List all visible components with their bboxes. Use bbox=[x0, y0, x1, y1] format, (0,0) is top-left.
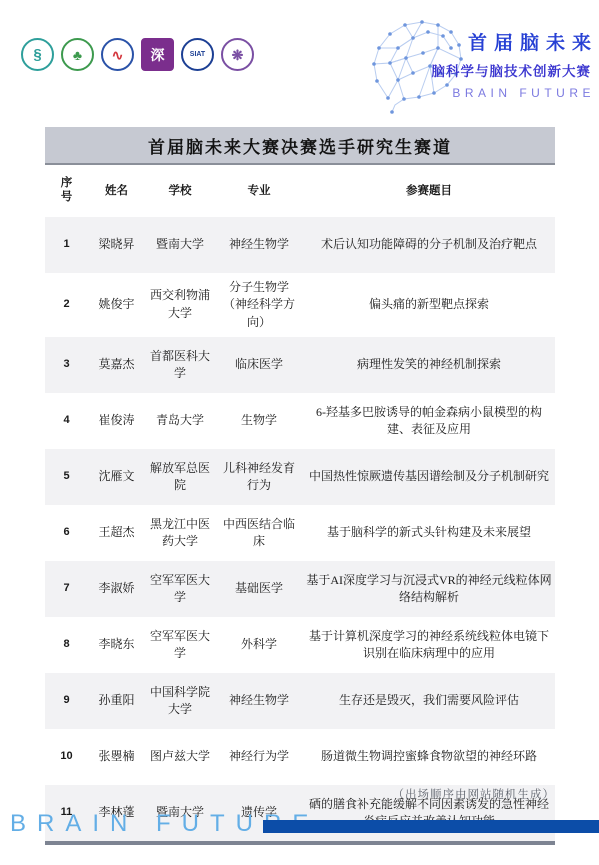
cell-major: 儿科神经发育行为 bbox=[215, 460, 303, 495]
cell-topic: 基于AI深度学习与沉浸式VR的神经元线粒体网络结构解析 bbox=[303, 572, 555, 607]
partner-logo-shenzhen-seal: 深 bbox=[141, 38, 174, 71]
cell-index: 5 bbox=[45, 469, 88, 485]
cell-topic: 中国热性惊厥遗传基因谱绘制及分子机制研究 bbox=[303, 468, 555, 485]
cell-index: 4 bbox=[45, 413, 88, 429]
partner-logo-brain-institute-glyph: ❋ bbox=[232, 48, 244, 62]
table-bottom-rule bbox=[45, 841, 555, 845]
cell-name: 姚俊宇 bbox=[88, 296, 145, 313]
cell-name: 梁晓昇 bbox=[88, 236, 145, 253]
partner-logo-brain-association: ∿ bbox=[101, 38, 134, 71]
col-header-school: 学校 bbox=[145, 182, 215, 198]
partner-logo-siat-glyph: SIAT bbox=[190, 51, 205, 58]
cell-name: 沈雁文 bbox=[88, 468, 145, 485]
cell-topic: 6-羟基多巴胺诱导的帕金森病小鼠模型的构建、表征及应用 bbox=[303, 404, 555, 439]
table-row: 8 李晓东 空军军医大学 外科学 基于计算机深度学习的神经系统线粒体电镜下识别在… bbox=[45, 617, 555, 673]
cell-school: 西交利物浦大学 bbox=[145, 287, 215, 322]
cell-school: 首都医科大学 bbox=[145, 348, 215, 383]
footer-blue-bar bbox=[263, 820, 599, 833]
cell-school: 青岛大学 bbox=[145, 412, 215, 429]
partner-logo-neuroscience-society: § bbox=[21, 38, 54, 71]
cell-topic: 病理性发笑的神经机制探索 bbox=[303, 356, 555, 373]
cell-index: 7 bbox=[45, 581, 88, 597]
cell-topic: 肠道微生物调控蜜蜂食物欲望的神经环路 bbox=[303, 748, 555, 765]
cell-topic: 基于计算机深度学习的神经系统线粒体电镜下识别在临床病理中的应用 bbox=[303, 628, 555, 663]
cell-major: 神经生物学 bbox=[215, 236, 303, 253]
cell-index: 1 bbox=[45, 237, 88, 253]
partner-logo-siat: SIAT bbox=[181, 38, 214, 71]
table-header-row: 序号 姓名 学校 专业 参赛题目 bbox=[45, 165, 555, 217]
col-header-topic: 参赛题目 bbox=[303, 182, 555, 198]
cell-name: 李淑娇 bbox=[88, 580, 145, 597]
cell-school: 解放军总医院 bbox=[145, 460, 215, 495]
col-header-major: 专业 bbox=[215, 182, 303, 198]
table-row: 9 孙重阳 中国科学院大学 神经生物学 生存还是毁灭，我们需要风险评估 bbox=[45, 673, 555, 729]
cell-topic: 偏头痛的新型靶点探索 bbox=[303, 296, 555, 313]
brand-subtitle: 脑科学与脑技术创新大赛 bbox=[361, 60, 591, 80]
partner-logo-neuroscience-society-glyph: § bbox=[33, 47, 41, 62]
cell-school: 图卢兹大学 bbox=[145, 748, 215, 765]
table-row: 5 沈雁文 解放军总医院 儿科神经发育行为 中国热性惊厥遗传基因谱绘制及分子机制… bbox=[45, 449, 555, 505]
finalists-table: 首届脑未来大赛决赛选手研究生赛道 序号 姓名 学校 专业 参赛题目 1 梁晓昇 … bbox=[45, 127, 555, 845]
cell-topic: 生存还是毁灭，我们需要风险评估 bbox=[303, 692, 555, 709]
cell-school: 中国科学院大学 bbox=[145, 684, 215, 719]
cell-school: 黑龙江中医药大学 bbox=[145, 516, 215, 551]
brand-title: 首届脑未来 bbox=[361, 28, 598, 55]
cell-index: 3 bbox=[45, 357, 88, 373]
cell-name: 孙重阳 bbox=[88, 692, 145, 709]
table-row: 10 张瞾楠 图卢兹大学 神经行为学 肠道微生物调控蜜蜂食物欲望的神经环路 bbox=[45, 729, 555, 785]
partner-logo-brain-institute: ❋ bbox=[221, 38, 254, 71]
cell-school: 空军军医大学 bbox=[145, 572, 215, 607]
col-header-name: 姓名 bbox=[88, 182, 145, 198]
partner-logo-physiology-society-glyph: ♣ bbox=[73, 48, 82, 62]
table-row: 3 莫嘉杰 首都医科大学 临床医学 病理性发笑的神经机制探索 bbox=[45, 337, 555, 393]
partner-logo-physiology-society: ♣ bbox=[61, 38, 94, 71]
table-row: 4 崔俊涛 青岛大学 生物学 6-羟基多巴胺诱导的帕金森病小鼠模型的构建、表征及… bbox=[45, 393, 555, 449]
table-row: 7 李淑娇 空军军医大学 基础医学 基于AI深度学习与沉浸式VR的神经元线粒体网… bbox=[45, 561, 555, 617]
col-header-no: 序号 bbox=[45, 176, 88, 205]
cell-index: 10 bbox=[45, 749, 88, 765]
cell-index: 6 bbox=[45, 525, 88, 541]
cell-major: 临床医学 bbox=[215, 356, 303, 373]
footnote: （出场顺序由网站随机生成） bbox=[45, 786, 555, 802]
cell-topic: 基于脑科学的新式头针构建及未来展望 bbox=[303, 524, 555, 541]
cell-major: 生物学 bbox=[215, 412, 303, 429]
partner-logo-shenzhen-seal-glyph: 深 bbox=[151, 48, 165, 62]
cell-major: 外科学 bbox=[215, 636, 303, 653]
table-row: 1 梁晓昇 暨南大学 神经生物学 术后认知功能障碍的分子机制及治疗靶点 bbox=[45, 217, 555, 273]
partner-logo-brain-association-glyph: ∿ bbox=[112, 48, 124, 62]
cell-major: 神经行为学 bbox=[215, 748, 303, 765]
brand-english: BRAIN FUTURE bbox=[361, 86, 595, 100]
cell-school: 暨南大学 bbox=[145, 236, 215, 253]
table-row: 6 王超杰 黑龙江中医药大学 中西医结合临床 基于脑科学的新式头针构建及未来展望 bbox=[45, 505, 555, 561]
cell-name: 李晓东 bbox=[88, 636, 145, 653]
cell-major: 分子生物学（神经科学方向） bbox=[215, 279, 303, 331]
table-body: 1 梁晓昇 暨南大学 神经生物学 术后认知功能障碍的分子机制及治疗靶点 2 姚俊… bbox=[45, 217, 555, 841]
cell-major: 基础医学 bbox=[215, 580, 303, 597]
cell-name: 莫嘉杰 bbox=[88, 356, 145, 373]
cell-name: 崔俊涛 bbox=[88, 412, 145, 429]
cell-name: 王超杰 bbox=[88, 524, 145, 541]
cell-index: 2 bbox=[45, 297, 88, 313]
cell-index: 8 bbox=[45, 637, 88, 653]
cell-major: 中西医结合临床 bbox=[215, 516, 303, 551]
competition-brand: 首届脑未来 脑科学与脑技术创新大赛 BRAIN FUTURE bbox=[361, 28, 591, 100]
cell-index: 9 bbox=[45, 693, 88, 709]
cell-name: 张瞾楠 bbox=[88, 748, 145, 765]
table-title: 首届脑未来大赛决赛选手研究生赛道 bbox=[45, 127, 555, 165]
cell-school: 空军军医大学 bbox=[145, 628, 215, 663]
cell-topic: 术后认知功能障碍的分子机制及治疗靶点 bbox=[303, 236, 555, 253]
partner-logo-strip: §♣∿深SIAT❋ bbox=[21, 38, 254, 71]
cell-major: 神经生物学 bbox=[215, 692, 303, 709]
table-row: 2 姚俊宇 西交利物浦大学 分子生物学（神经科学方向） 偏头痛的新型靶点探索 bbox=[45, 273, 555, 337]
